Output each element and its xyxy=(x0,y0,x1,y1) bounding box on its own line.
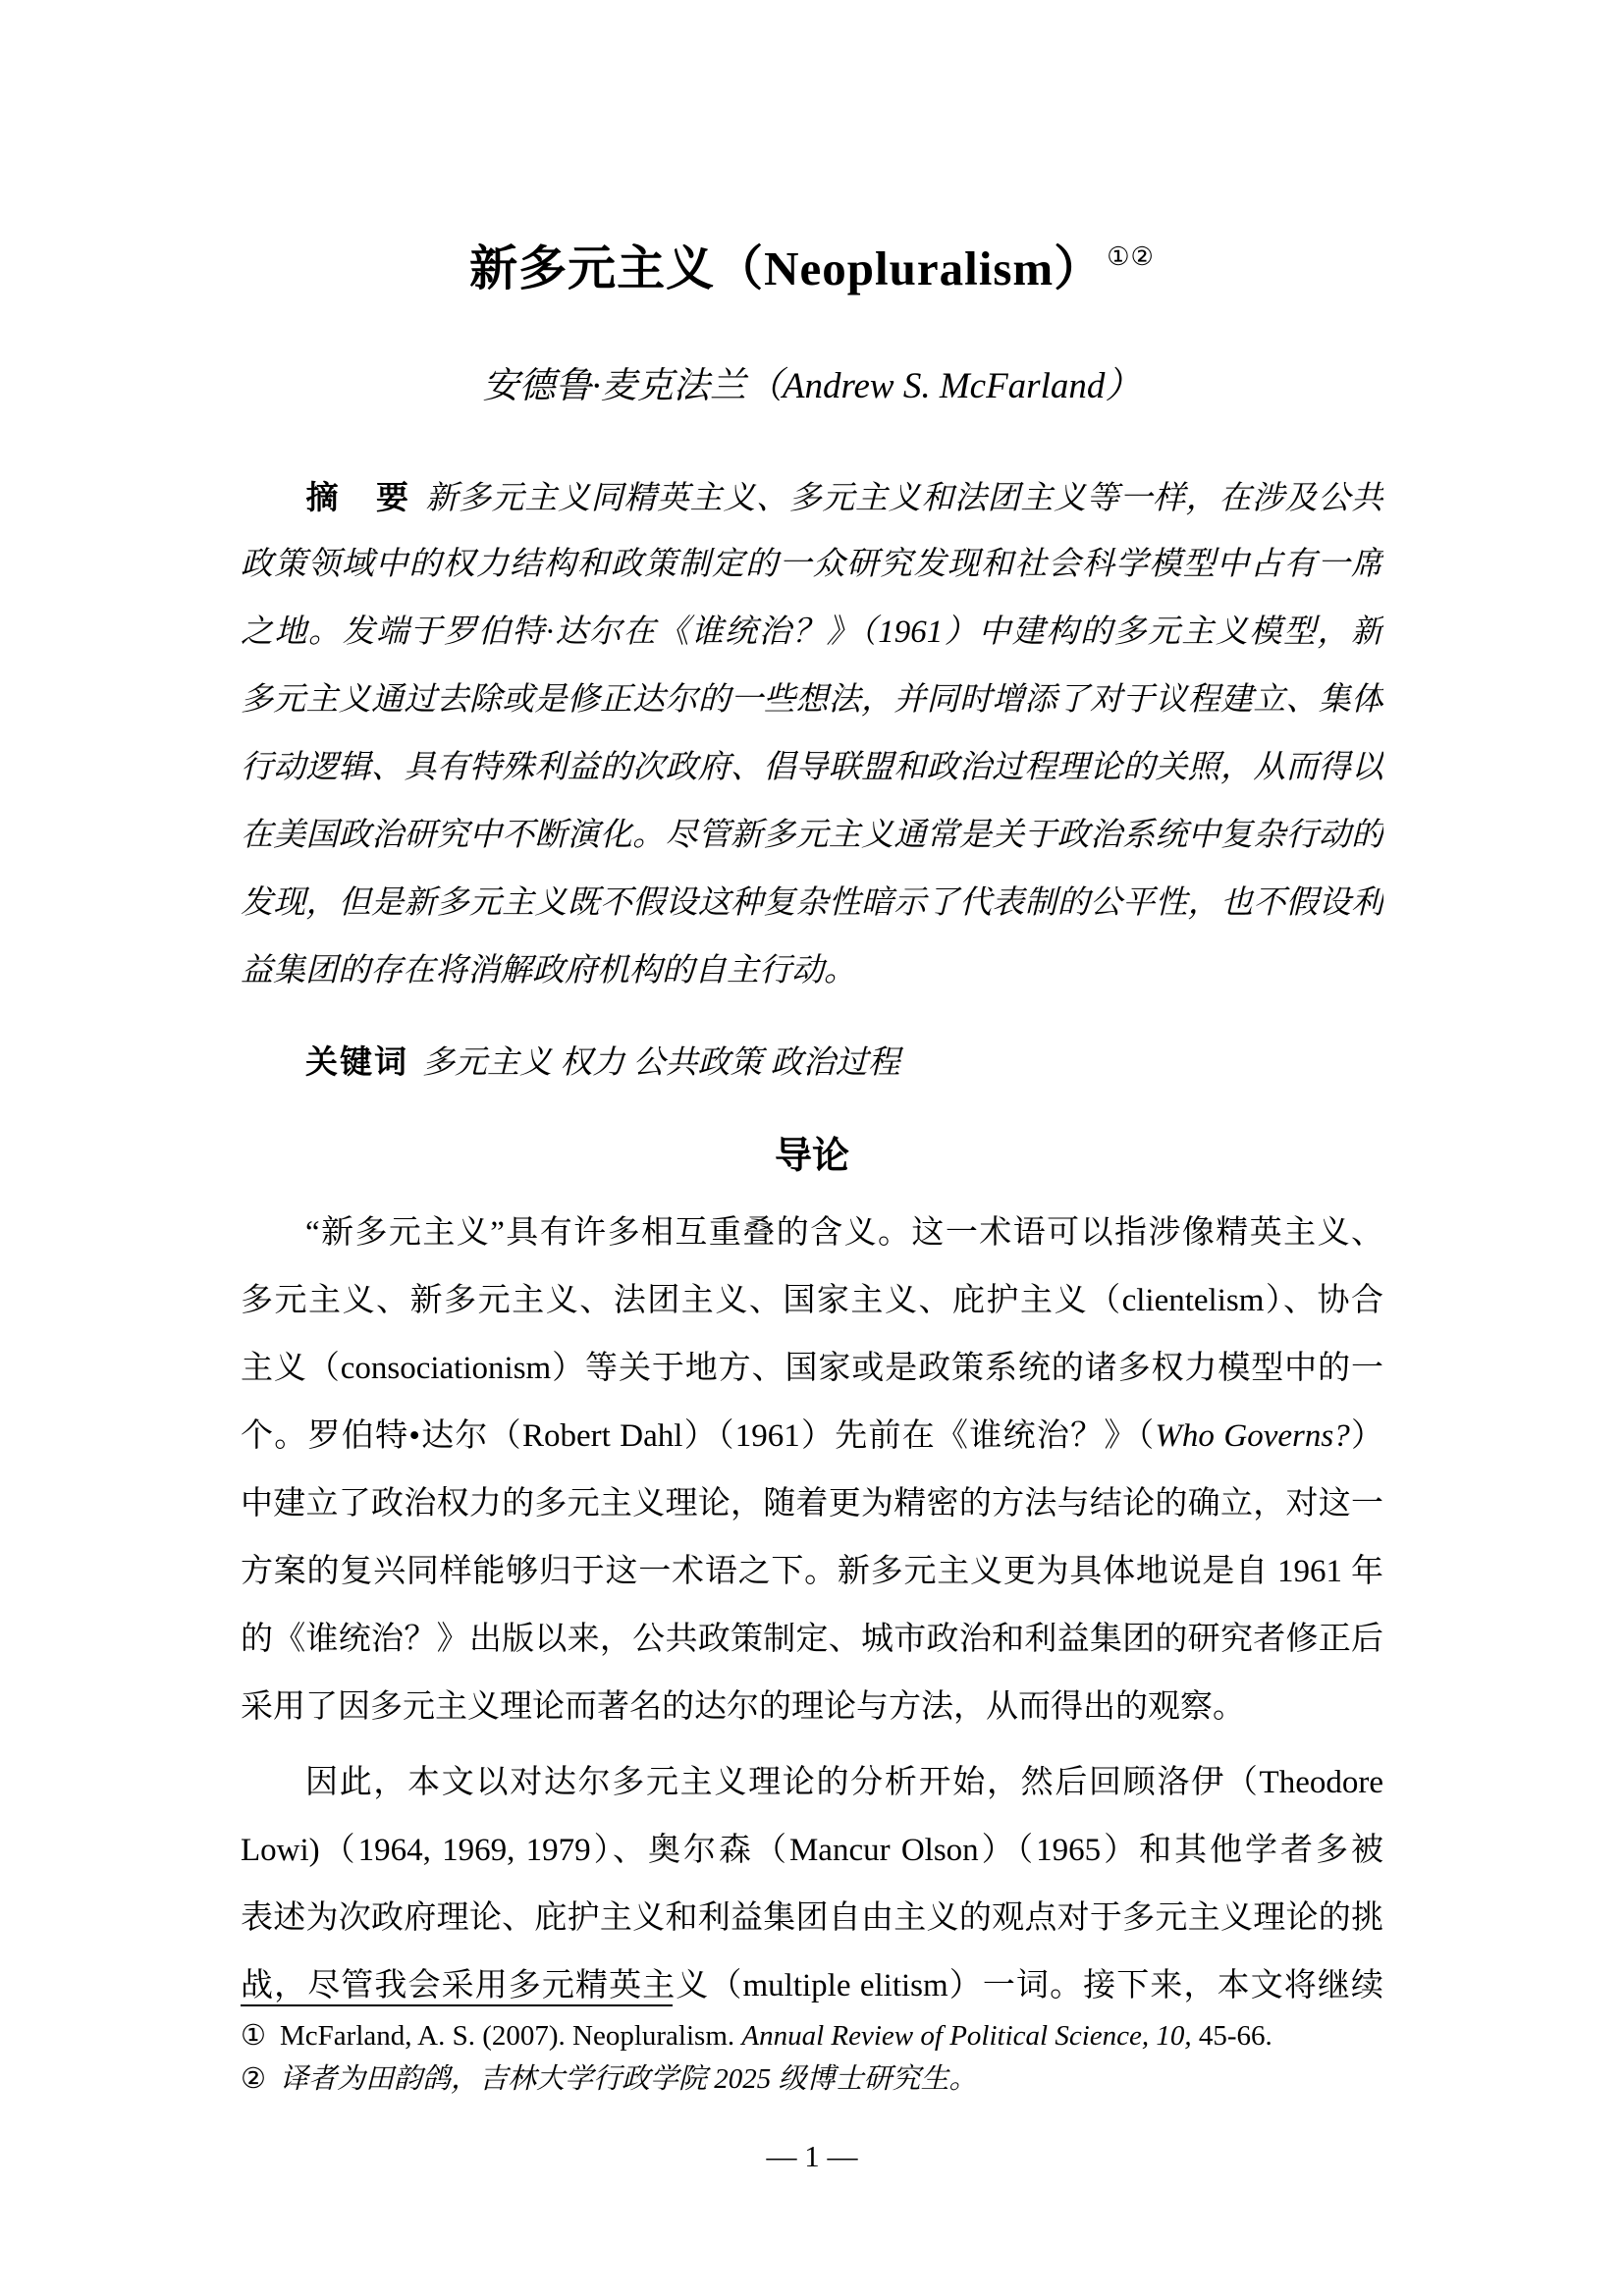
abstract-line: 之地。发端于罗伯特·达尔在《谁统治？》（1961）中建构的多元主义模型，新 xyxy=(241,599,1383,667)
footnote-2-marker: ② xyxy=(241,2063,266,2095)
abstract-label: 摘 要 xyxy=(305,479,411,515)
abstract-line: 行动逻辑、具有特殊利益的次政府、倡导联盟和政治过程理论的关照，从而得以 xyxy=(241,734,1383,802)
footnote-1-marker: ① xyxy=(241,2020,266,2052)
text-line: 战，尽管我会采用多元精英主义（multiple elitism）一词。接下来，本… xyxy=(241,1952,1383,2020)
text-line: 表述为次政府理论、庇护主义和利益集团自由主义的观点对于多元主义理论的挑 xyxy=(241,1885,1383,1952)
footnote-2: ②译者为田韵鸽，吉林大学行政学院 2025 级博士研究生。 xyxy=(241,2059,1383,2103)
intro-paragraph-1: “新多元主义”具有许多相互重叠的含义。这一术语可以指涉像精英主义、 多元主义、新… xyxy=(241,1200,1383,1741)
footnote-2-text: 译者为田韵鸽，吉林大学行政学院 2025 级博士研究生。 xyxy=(280,2063,978,2095)
abstract: 摘 要新多元主义同精英主义、多元主义和法团主义等一样，在涉及公共 政策领域中的权… xyxy=(241,463,1383,1005)
footnote-divider xyxy=(241,2004,673,2006)
italic-book-title: Who Governs? xyxy=(1155,1418,1349,1454)
page-title: 新多元主义（Neopluralism）①② xyxy=(0,241,1624,296)
text-line: 方案的复兴同样能够归于这一术语之下。新多元主义更为具体地说是自 1961 年 xyxy=(241,1538,1383,1606)
text-line: 的《谁统治？》出版以来，公共政策制定、城市政治和利益集团的研究者修正后 xyxy=(241,1606,1383,1674)
title-footnote-marks: ①② xyxy=(1107,242,1155,271)
keywords-label: 关键词 xyxy=(305,1043,408,1080)
text-line: 主义（consociationism）等关于地方、国家或是政策系统的诸多权力模型… xyxy=(241,1335,1383,1403)
page-number: — 1 — xyxy=(0,2138,1624,2174)
abstract-line: 发现，但是新多元主义既不假设这种复杂性暗示了代表制的公平性，也不假设利 xyxy=(241,870,1383,937)
text-line: 多元主义、新多元主义、法团主义、国家主义、庇护主义（clientelism）、协… xyxy=(241,1267,1383,1335)
abstract-line: 益集团的存在将消解政府机构的自主行动。 xyxy=(241,937,1383,1005)
document-page: 新多元主义（Neopluralism）①② 安德鲁·麦克法兰（Andrew S.… xyxy=(0,0,1624,2296)
footnote-1: ①McFarland, A. S. (2007). Neopluralism. … xyxy=(241,2016,1383,2059)
keywords-line: 关键词多元主义 权力 公共政策 政治过程 xyxy=(241,1028,1383,1095)
abstract-line: 摘 要新多元主义同精英主义、多元主义和法团主义等一样，在涉及公共 xyxy=(241,463,1383,531)
title-text: 新多元主义（Neopluralism） xyxy=(469,241,1103,295)
text-line-who-governs: 个。罗伯特•达尔（Robert Dahl）（1961）先前在《谁统治？》（Who… xyxy=(241,1403,1383,1470)
abstract-line: 在美国政治研究中不断演化。尽管新多元主义通常是关于政治系统中复杂行动的 xyxy=(241,802,1383,870)
keywords: 关键词多元主义 权力 公共政策 政治过程 xyxy=(241,1028,1383,1095)
author-name: 安德鲁·麦克法兰（Andrew S. McFarland） xyxy=(483,366,1142,406)
intro-paragraph-2: 因此，本文以对达尔多元主义理论的分析开始，然后回顾洛伊（Theodore Low… xyxy=(241,1749,1383,2020)
keywords-terms: 多元主义 权力 公共政策 政治过程 xyxy=(422,1045,900,1081)
section-heading: 导论 xyxy=(0,1135,1624,1180)
abstract-line: 政策领域中的权力结构和政策制定的一众研究发现和社会科学模型中占有一席 xyxy=(241,531,1383,599)
text-line: 采用了因多元主义理论而著名的达尔的理论与方法，从而得出的观察。 xyxy=(241,1674,1383,1741)
abstract-line: 多元主义通过去除或是修正达尔的一些想法，并同时增添了对于议程建立、集体 xyxy=(241,667,1383,734)
author-line: 安德鲁·麦克法兰（Andrew S. McFarland） xyxy=(0,365,1624,408)
text-line: 因此，本文以对达尔多元主义理论的分析开始，然后回顾洛伊（Theodore xyxy=(241,1749,1383,1817)
text-line: 中建立了政治权力的多元主义理论，随着更为精密的方法与结论的确立，对这一 xyxy=(241,1470,1383,1538)
text-line: “新多元主义”具有许多相互重叠的含义。这一术语可以指涉像精英主义、 xyxy=(241,1200,1383,1267)
text-line: Lowi)（1964, 1969, 1979）、奥尔森（Mancur Olson… xyxy=(241,1817,1383,1885)
italic-journal-title: Annual Review of Political Science, 10, xyxy=(741,2020,1191,2052)
